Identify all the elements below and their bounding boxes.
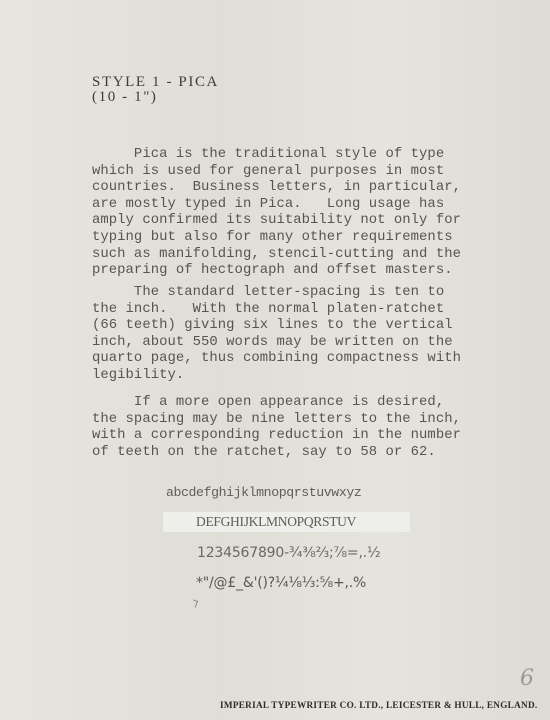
text-line: The standard letter-spacing is ten to — [92, 284, 461, 301]
heading-title: STYLE 1 - PICA — [92, 75, 219, 90]
text-line: preparing of hectograph and offset maste… — [92, 262, 461, 279]
specimen-numerals: 1234567890-¾⅜⅔;⅞=,.½ — [197, 545, 380, 561]
text-line: Pica is the traditional style of type — [92, 146, 461, 163]
document-page: STYLE 1 - PICA (10 - 1") Pica is the tra… — [0, 0, 550, 720]
text-line: amply confirmed its suitability not only… — [92, 212, 461, 229]
style-heading: STYLE 1 - PICA (10 - 1") — [92, 75, 219, 105]
specimen-symbols: *"/@£_&'()?¼⅛⅓:⅝+,.% — [196, 575, 366, 591]
paragraph-open-appearance: If a more open appearance is desired, th… — [92, 394, 461, 460]
text-line: are mostly typed in Pica. Long usage has — [92, 196, 461, 213]
text-line: quarto page, thus combining compactness … — [92, 350, 461, 367]
text-line: If a more open appearance is desired, — [92, 394, 461, 411]
text-line: inch, about 550 words may be written on … — [92, 334, 461, 351]
specimen-uppercase: DEFGHIJKLMNOPQRSTUV — [196, 514, 356, 530]
paragraph-letter-spacing: The standard letter-spacing is ten to th… — [92, 284, 461, 384]
text-line: legibility. — [92, 367, 461, 384]
text-line: the spacing may be nine letters to the i… — [92, 411, 461, 428]
text-line: which is used for general purposes in mo… — [92, 163, 461, 180]
publisher-footer: IMPERIAL TYPEWRITER CO. LTD., LEICESTER … — [220, 700, 538, 710]
heading-subtitle: (10 - 1") — [92, 90, 219, 105]
paragraph-pica-intro: Pica is the traditional style of type wh… — [92, 146, 461, 279]
text-line: (66 teeth) giving six lines to the verti… — [92, 317, 461, 334]
text-line: the inch. With the normal platen-ratchet — [92, 301, 461, 318]
text-line: with a corresponding reduction in the nu… — [92, 427, 461, 444]
text-line: countries. Business letters, in particul… — [92, 179, 461, 196]
specimen-lowercase: abcdefghijklmnopqrstuvwxyz — [166, 485, 361, 500]
stray-mark — [191, 599, 198, 607]
text-line: typing but also for many other requireme… — [92, 229, 461, 246]
text-line: of teeth on the ratchet, say to 58 or 62… — [92, 444, 461, 461]
handwritten-page-number: 6 — [520, 666, 534, 691]
text-line: such as manifolding, stencil-cutting and… — [92, 246, 461, 263]
